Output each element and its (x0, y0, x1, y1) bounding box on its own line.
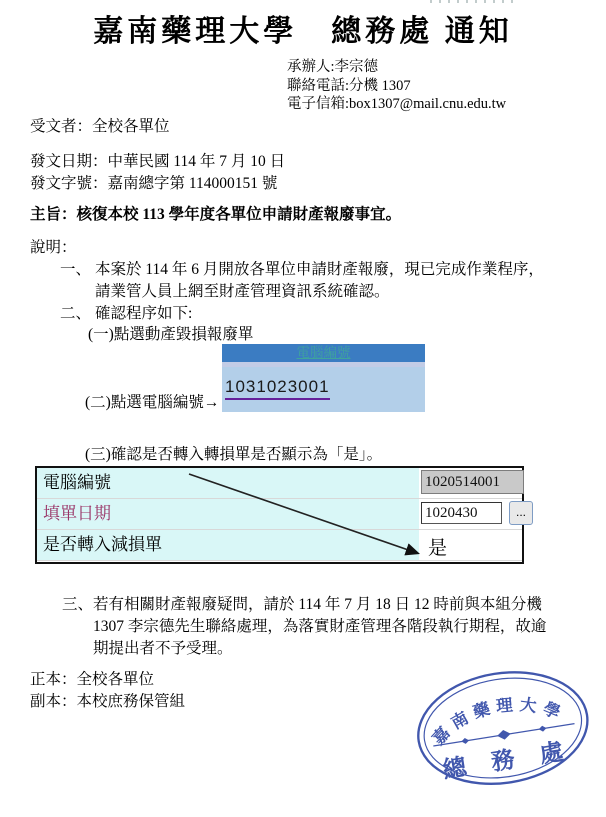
form-screenshot: 電腦編號 填單日期 ... 是否轉入減損單 是 (35, 466, 524, 564)
clipped-top-text-fragment (430, 0, 516, 3)
step1-line: (一)點選動產毀損報廢單 (88, 322, 253, 344)
form-value-cell: ... (419, 499, 522, 529)
form-value-cell (419, 468, 522, 498)
duplicate-copy-line: 副本：本校庶務保管組 (30, 689, 185, 711)
form-row-computer-no: 電腦編號 (37, 468, 522, 499)
computer-no-disabled-input (421, 470, 524, 494)
item3-number: 三、 (62, 592, 93, 614)
office-seal-stamp: 嘉南藥理大學 總 務 處 (401, 652, 604, 806)
form-value-cell: 是 (419, 530, 522, 560)
transfer-flag-value: 是 (428, 533, 447, 560)
issue-date-line: 發文日期：中華民國 114 年 7 月 10 日 (30, 149, 285, 171)
notice-document-page: 嘉南藥理大學 總務處 通知 承辦人:李宗德 聯絡電話:分機 1307 電子信箱:… (0, 0, 606, 817)
subject-line: 主旨：核復本校 113 學年度各單位申請財產報廢事宜。 (30, 202, 401, 224)
issue-number-line: 發文字號：嘉南總字第 114000151 號 (30, 171, 277, 193)
date-picker-button[interactable]: ... (509, 501, 533, 525)
computer-no-link[interactable]: 1031023001 (225, 377, 330, 400)
item3-line1: 若有相關財產報廢疑問，請於 114 年 7 月 18 日 12 時前與本組分機 (93, 592, 542, 614)
item3-line2: 1307 李宗德先生聯絡處理，為落實財產管理各階段執行期程，故逾 (93, 614, 546, 636)
contact-email: 電子信箱:box1307@mail.cnu.edu.tw (287, 95, 506, 114)
form-row-transfer-flag: 是否轉入減損單 是 (37, 530, 522, 561)
computer-no-body-row: 1031023001 (222, 367, 425, 412)
form-label-transfer-flag: 是否轉入減損單 (37, 530, 419, 560)
item2-number: 二、 (60, 301, 91, 323)
item1-number: 一、 (60, 257, 91, 279)
document-title: 嘉南藥理大學 總務處 通知 (0, 6, 606, 50)
step3-line: (三)確認是否轉入轉損單是否顯示為「是」。 (85, 442, 382, 464)
seal-icon: 嘉南藥理大學 總 務 處 (401, 652, 604, 806)
item1-line2: 請業管人員上網至財產管理資訊系統確認。 (95, 279, 390, 301)
item3-line3: 期提出者不予受理。 (93, 636, 233, 658)
explanation-label: 說明： (30, 235, 77, 257)
contact-phone: 聯絡電話:分機 1307 (287, 77, 506, 96)
step2-line: (二)點選電腦編號→ (85, 390, 219, 412)
item1-line1: 本案於 114 年 6 月開放各單位申請財產報廢，現已完成作業程序， (95, 257, 544, 279)
contact-block: 承辦人:李宗德 聯絡電話:分機 1307 電子信箱:box1307@mail.c… (287, 58, 506, 114)
form-row-fill-date: 填單日期 ... (37, 499, 522, 530)
form-label-computer-no: 電腦編號 (37, 468, 419, 498)
computer-no-header-label: 電腦編號 (297, 345, 351, 360)
contact-handler: 承辦人:李宗德 (287, 58, 506, 77)
item2-text: 確認程序如下: (95, 301, 192, 323)
form-label-fill-date: 填單日期 (37, 499, 419, 529)
computer-no-header-row: 電腦編號 (222, 344, 425, 362)
computer-no-screenshot: 電腦編號 1031023001 (222, 344, 425, 412)
original-copy-line: 正本：全校各單位 (30, 667, 154, 689)
fill-date-input[interactable] (421, 502, 502, 524)
recipient-line: 受文者：全校各單位 (30, 114, 170, 136)
